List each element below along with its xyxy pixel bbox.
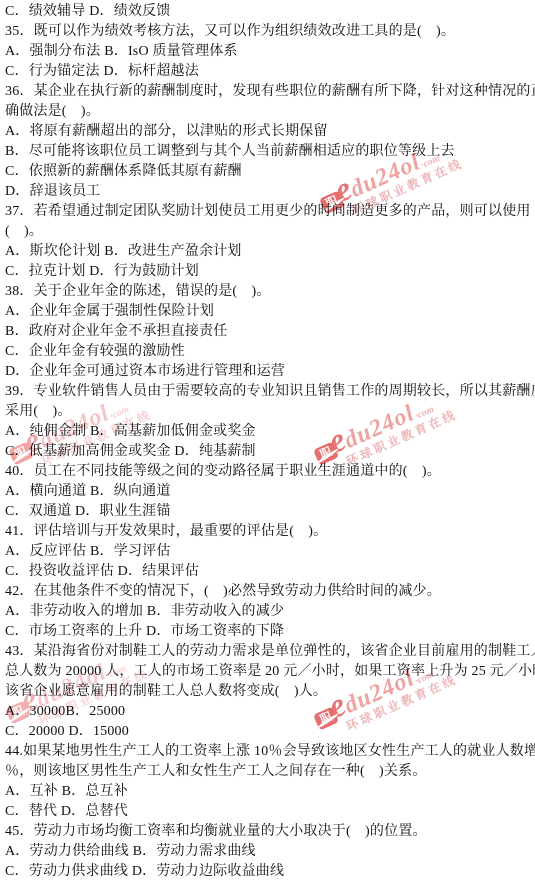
text-line: 45．劳动力市场均衡工资率和均衡就业量的大小取决于( )的位置。	[5, 822, 535, 842]
text-line: C．20000 D．15000	[5, 722, 535, 742]
text-line: 41．评估培训与开发效果时，最重要的评估是( )。	[5, 522, 535, 542]
exam-page: 职 e du24ol ·com 环球职业教育在线 职 e du24ol ·com…	[0, 0, 535, 880]
text-line: 43．某沿海省份对制鞋工人的劳动力需求是单位弹性的，该省企业目前雇用的制鞋工人	[5, 642, 535, 662]
text-line: C．拉克计划 D．行为鼓励计划	[5, 262, 535, 282]
text-line: ( )。	[5, 222, 535, 242]
text-line: A．强制分布法 B．IsO 质量管理体系	[5, 42, 535, 62]
text-line: A．劳动力供给曲线 B．劳动力需求曲线	[5, 842, 535, 862]
text-line: C．企业年金有较强的激励性	[5, 342, 535, 362]
text-line: B．尽可能将该职位员工调整到与其个人当前薪酬相适应的职位等级上去	[5, 142, 535, 162]
text-line: A．将原有薪酬超出的部分，以津贴的形式长期保留	[5, 122, 535, 142]
text-line: 39．专业软件销售人员由于需要较高的专业知识且销售工作的周期较长，所以其薪酬应	[5, 382, 535, 402]
text-line: A．30000B．25000	[5, 702, 535, 722]
text-line: 采用( )。	[5, 402, 535, 422]
text-line: 确做法是( )。	[5, 102, 535, 122]
text-line: D．辞退该员工	[5, 182, 535, 202]
text-line: 该省企业愿意雇用的制鞋工人总人数将变成( )人。	[5, 682, 535, 702]
text-line: ％，则该地区男性生产工人和女性生产工人之间存在一种( )关系。	[5, 762, 535, 782]
text-line: 总人数为 20000 人，工人的市场工资率是 20 元／小时，如果工资率上升为 …	[5, 662, 535, 682]
text-line: D．企业年金可通过资本市场进行管理和运营	[5, 362, 535, 382]
text-line: 40．员工在不同技能等级之间的变动路径属于职业生涯通道中的( )。	[5, 462, 535, 482]
text-line: C．市场工资率的上升 D．市场工资率的下降	[5, 622, 535, 642]
document-body: C．绩效辅导 D．绩效反馈35．既可以作为绩效考核方法，又可以作为组织绩效改进工…	[5, 2, 535, 880]
text-line: C．双通道 D．职业生涯锚	[5, 502, 535, 522]
text-line: 38．关于企业年金的陈述，错误的是( )。	[5, 282, 535, 302]
text-line: A．横向通道 B．纵向通道	[5, 482, 535, 502]
text-line: A．企业年金属于强制性保险计划	[5, 302, 535, 322]
text-line: C．替代 D．总替代	[5, 802, 535, 822]
text-line: 44.如果某地男性生产工人的工资率上涨 10％会导致该地区女性生产工人的就业人数…	[5, 742, 535, 762]
text-line: B．政府对企业年金不承担直接责任	[5, 322, 535, 342]
text-line: A．非劳动收入的增加 B．非劳动收入的减少	[5, 602, 535, 622]
text-line: A．反应评估 B．学习评估	[5, 542, 535, 562]
text-line: C．依照新的薪酬体系降低其原有薪酬	[5, 162, 535, 182]
text-line: 36．某企业在执行新的薪酬制度时，发现有些职位的薪酬有所下降，针对这种情况的正	[5, 82, 535, 102]
text-line: A．纯佣金制 B．高基薪加低佣金或奖金	[5, 422, 535, 442]
text-line: 35．既可以作为绩效考核方法，又可以作为组织绩效改进工具的是( )。	[5, 22, 535, 42]
text-line: 42．在其他条件不变的情况下，( )必然导致劳动力供给时间的减少。	[5, 582, 535, 602]
text-line: A．斯坎伦计划 B．改进生产盈余计划	[5, 242, 535, 262]
text-line: 37．若希望通过制定团队奖励计划使员工用更少的时间制造更多的产品，则可以使用	[5, 202, 535, 222]
text-line: C．绩效辅导 D．绩效反馈	[5, 2, 535, 22]
text-line: C．低基薪加高佣金或奖金 D．纯基薪制	[5, 442, 535, 462]
text-line: C．行为锚定法 D．标杆超越法	[5, 62, 535, 82]
text-line: A．互补 B．总互补	[5, 782, 535, 802]
text-line: C．劳动力供求曲线 D．劳动力边际收益曲线	[5, 862, 535, 880]
text-line: C．投资收益评估 D．结果评估	[5, 562, 535, 582]
